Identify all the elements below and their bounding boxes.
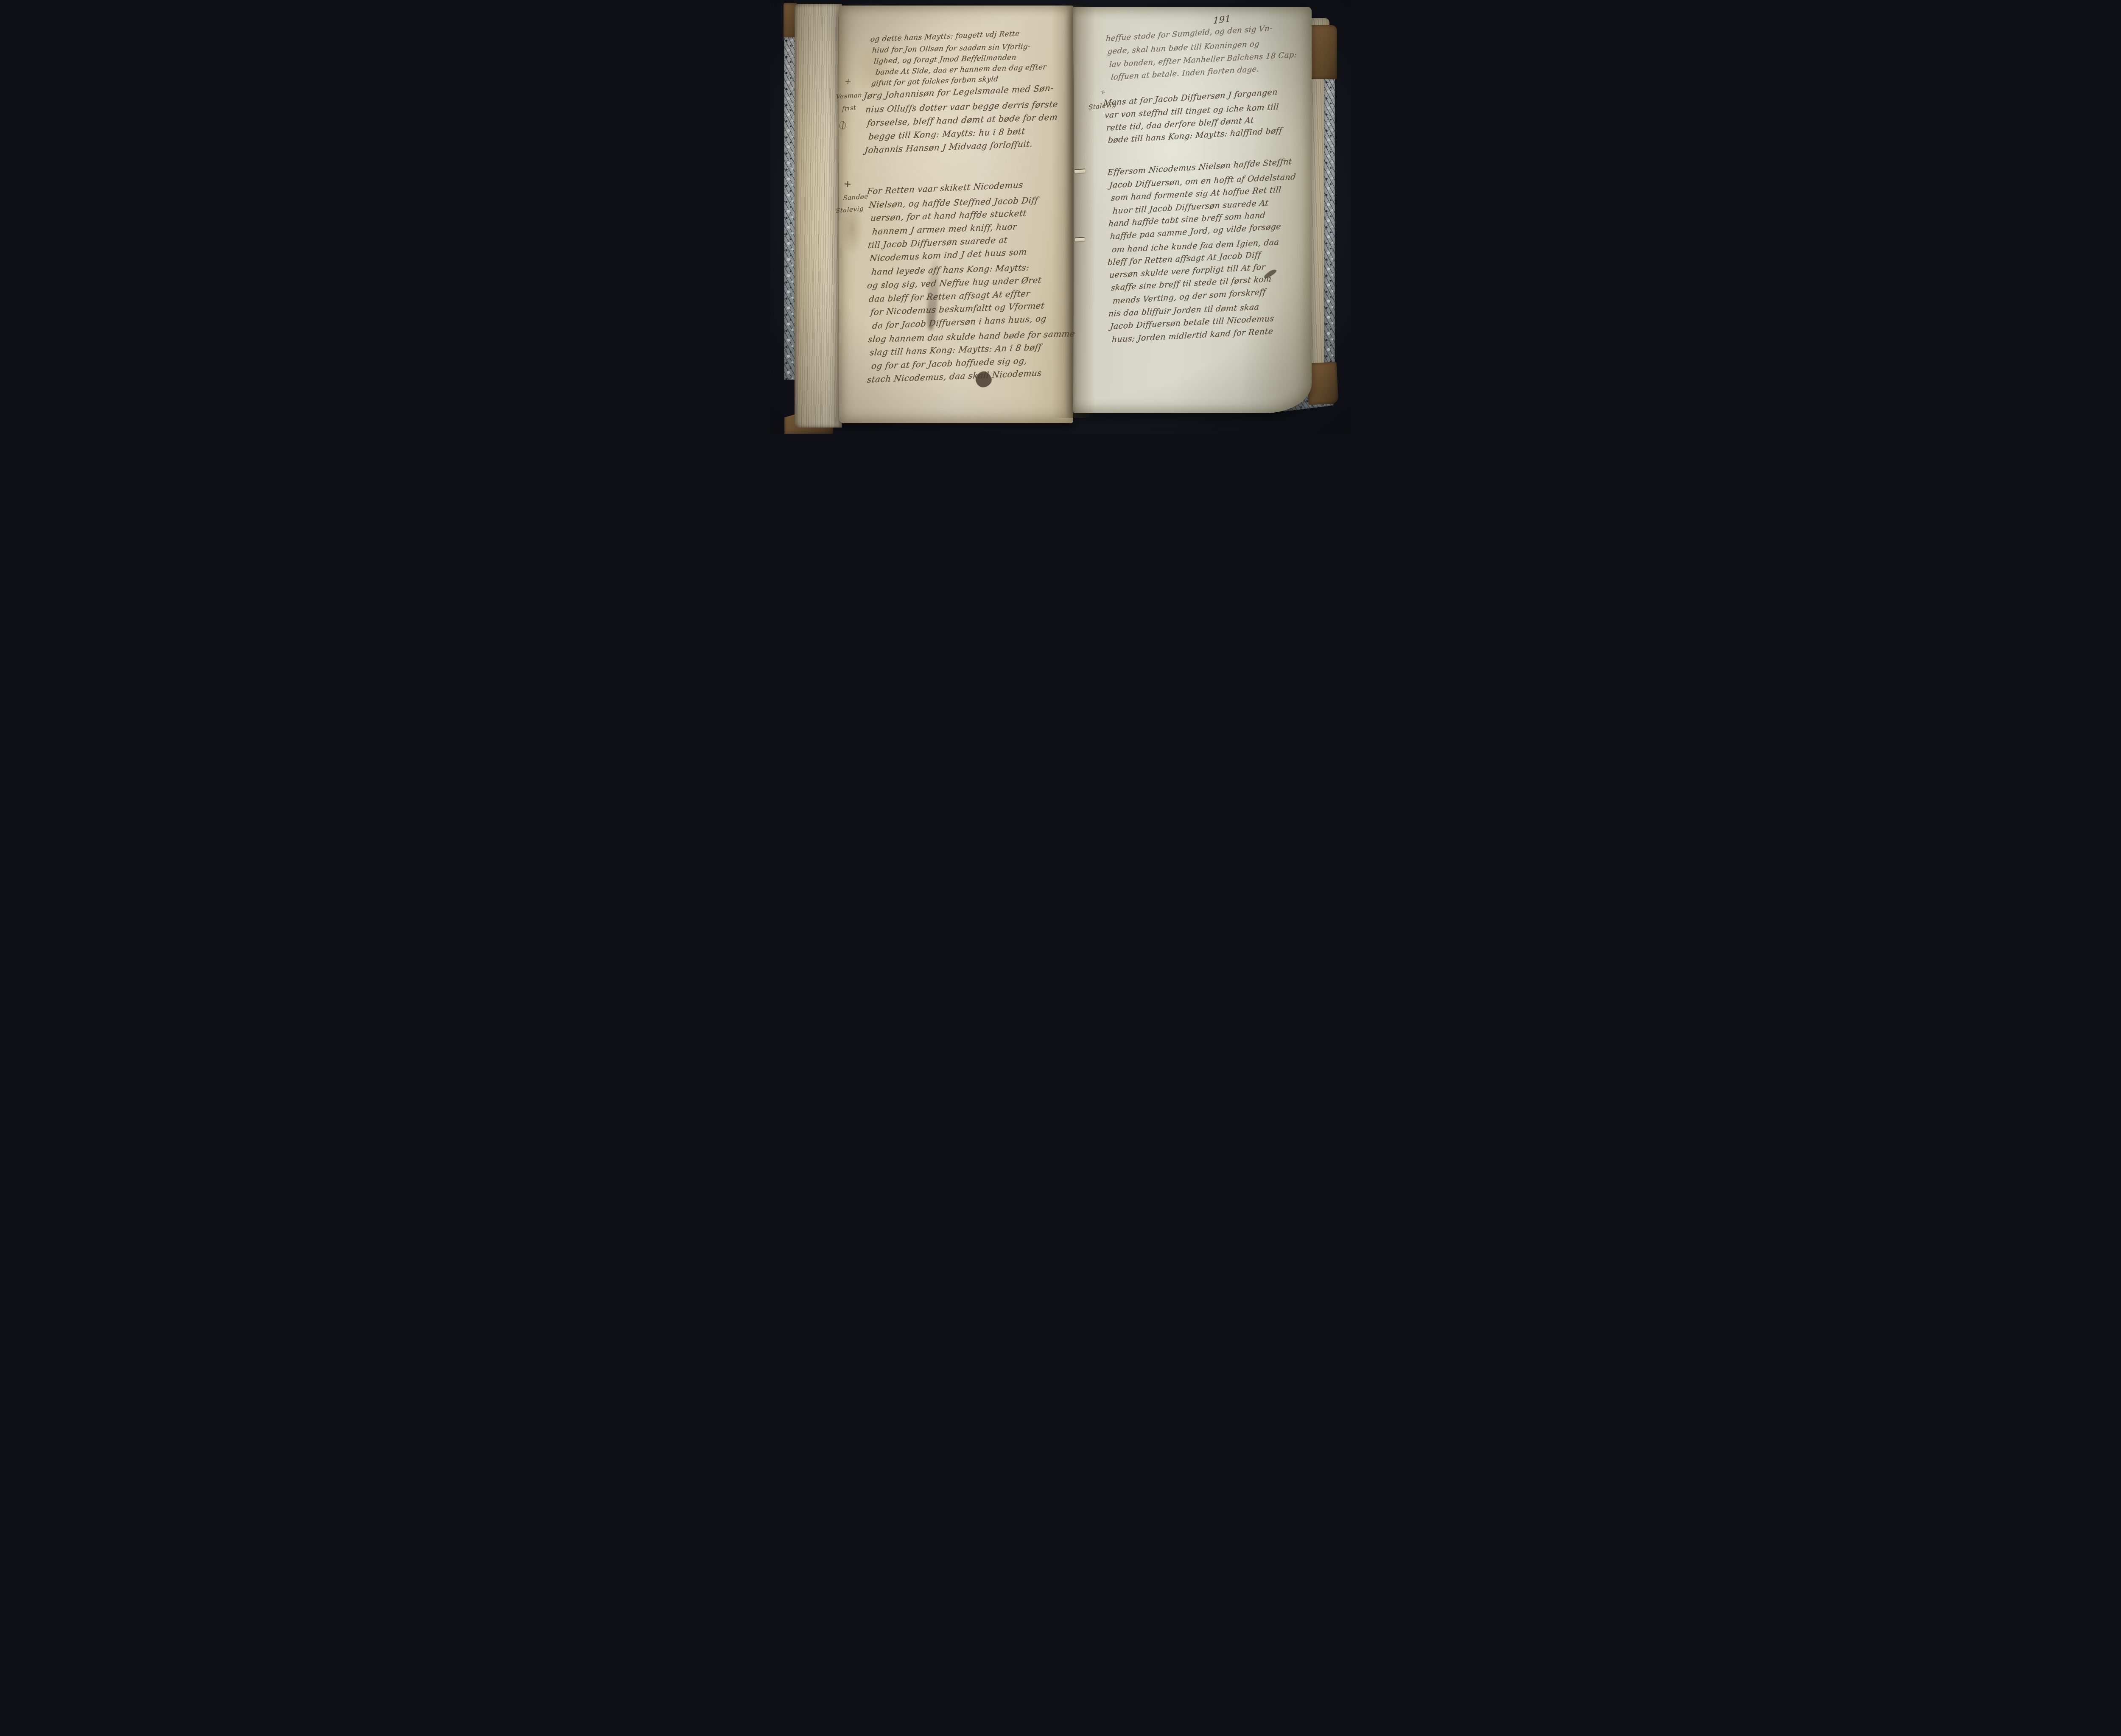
gutter-tear-lower bbox=[1075, 237, 1085, 241]
manuscript-photo: 191 + Vesman frist + Sandøe Stalevig + S… bbox=[771, 0, 1351, 434]
page-number: 191 bbox=[1213, 14, 1231, 26]
page-edges-left bbox=[795, 4, 842, 427]
left-page bbox=[839, 6, 1073, 423]
star-cross-mark-icon: + bbox=[843, 179, 852, 190]
marbled-cover-right-edge bbox=[1324, 79, 1335, 363]
margin-note-frist: frist bbox=[842, 103, 856, 113]
right-page bbox=[1073, 7, 1312, 413]
gutter-fold-line bbox=[1073, 43, 1074, 417]
cross-mark-icon: + bbox=[844, 76, 852, 87]
gutter-tear-upper bbox=[1074, 168, 1086, 173]
